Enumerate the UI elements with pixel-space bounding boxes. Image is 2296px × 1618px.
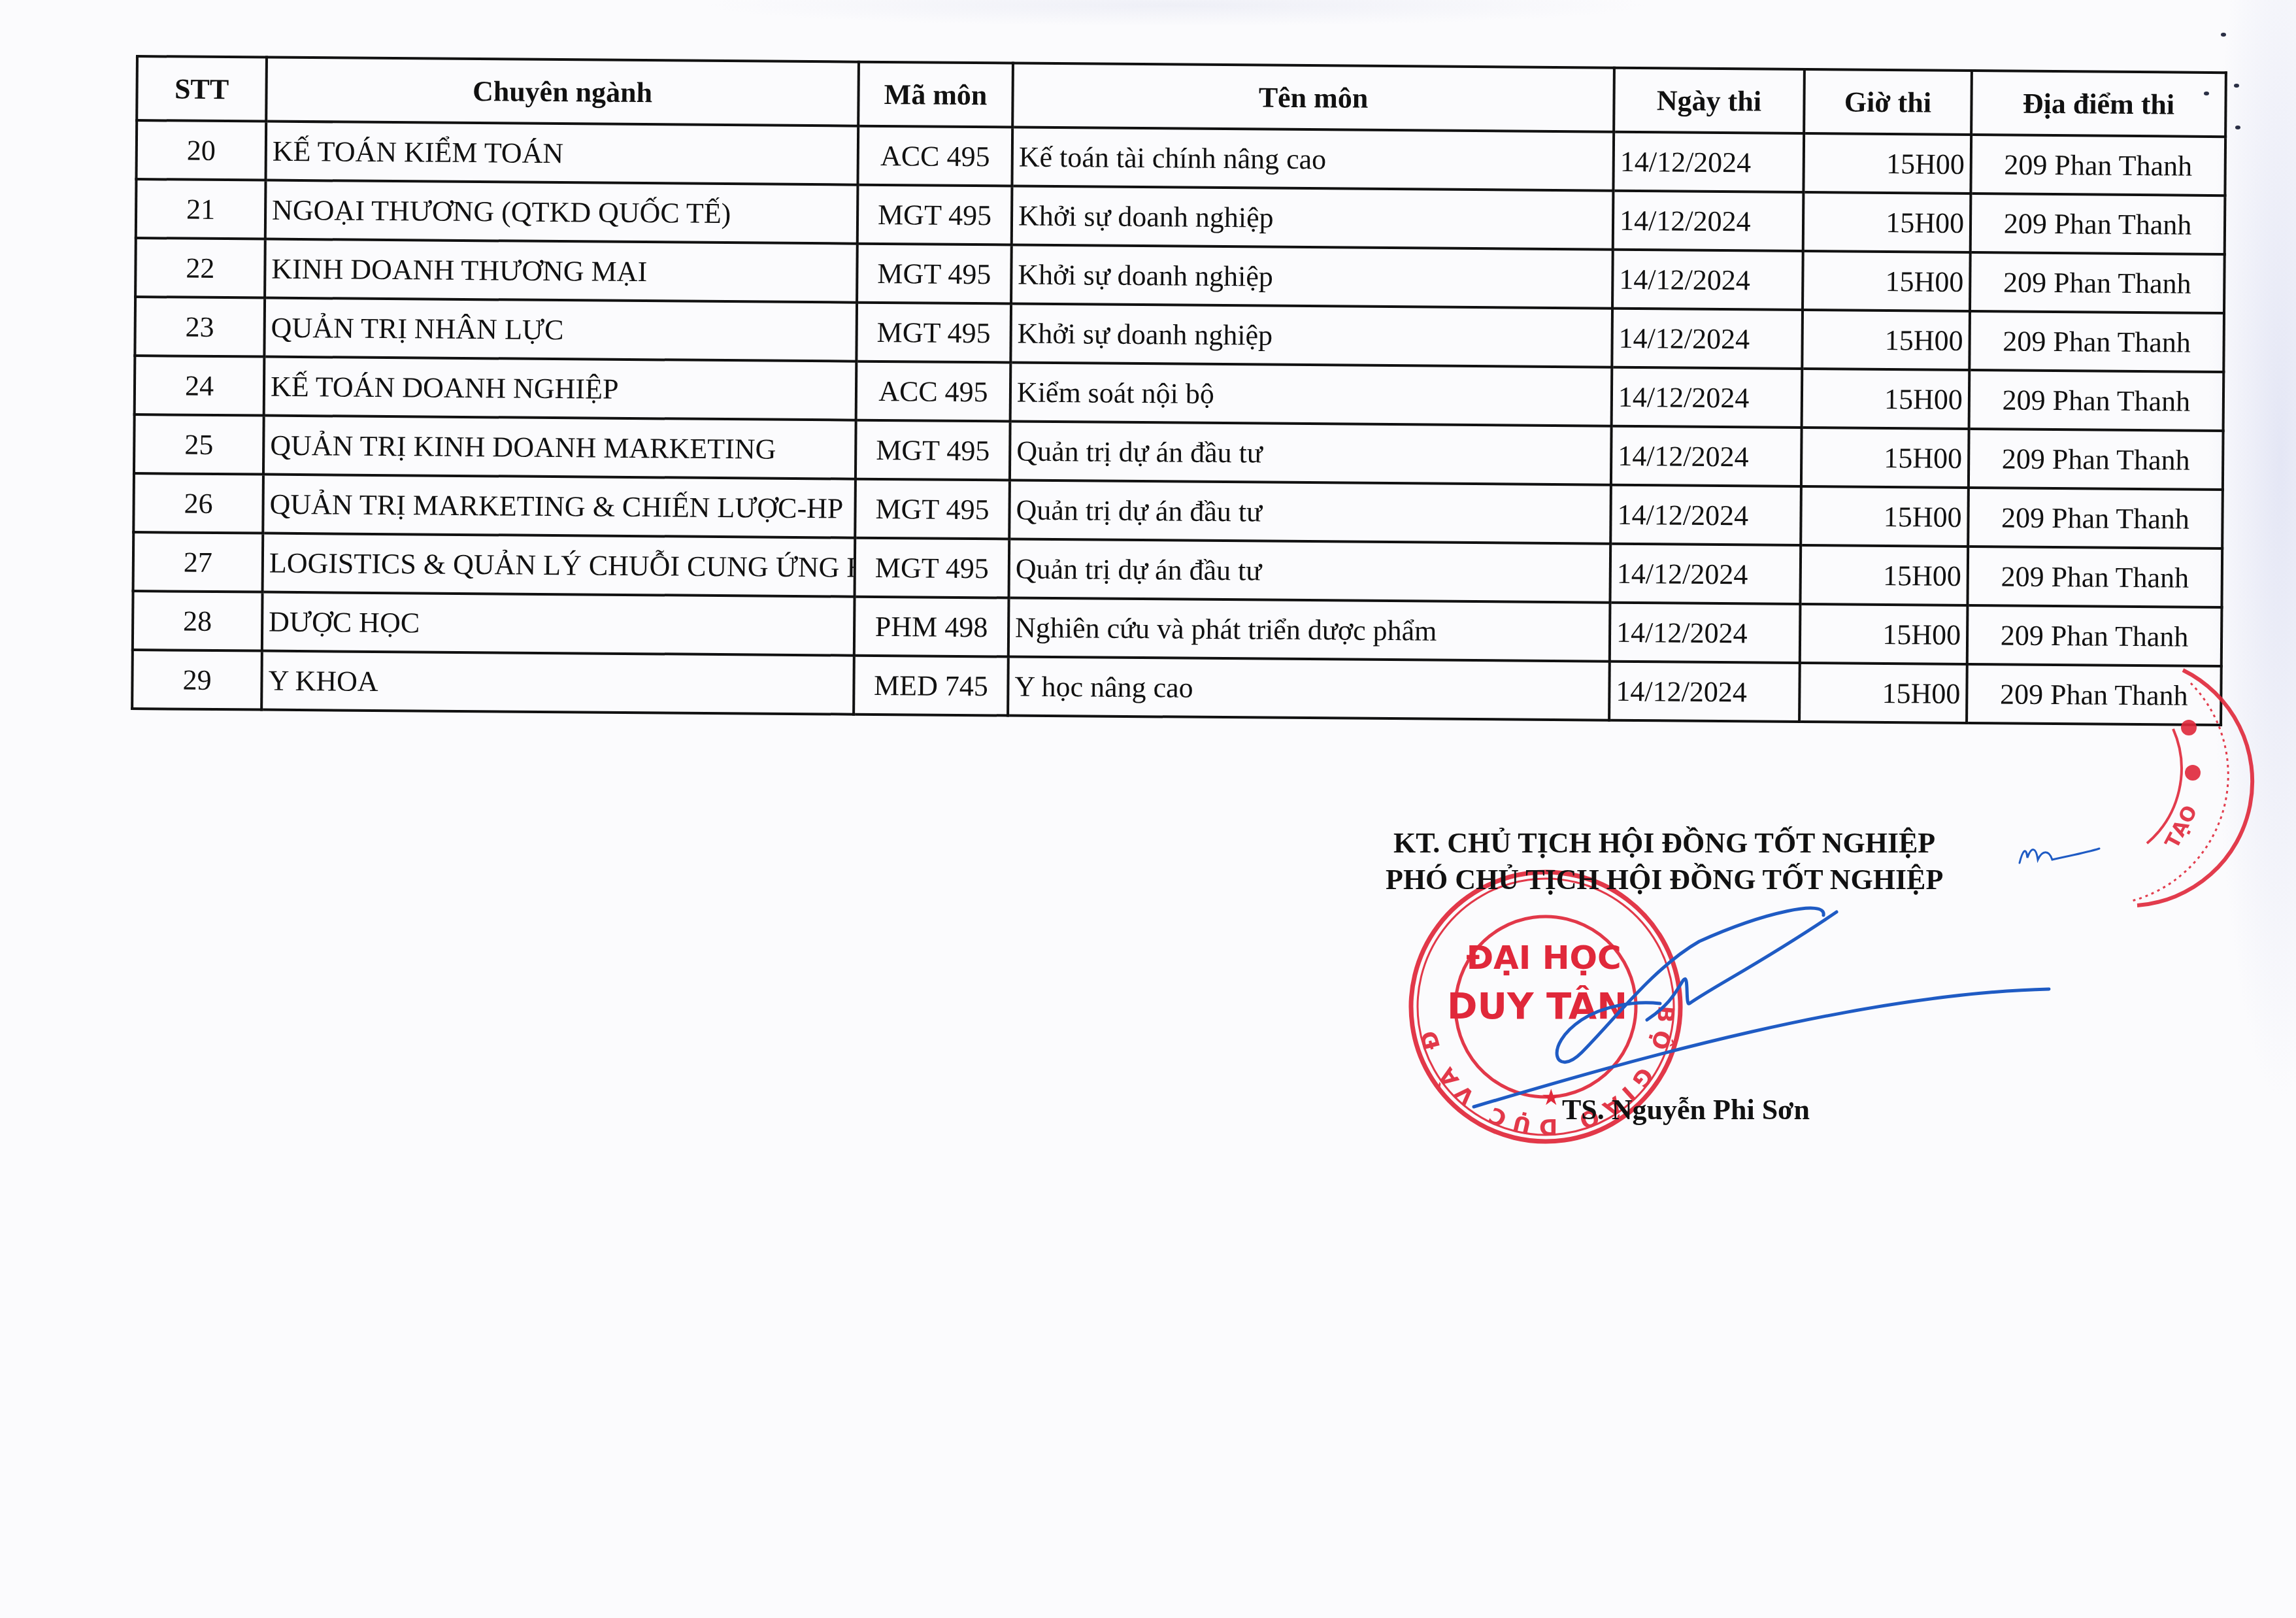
stamp-center-line2: DUY TÂN bbox=[1447, 985, 1627, 1028]
row-course-code: MGT 495 bbox=[856, 303, 1011, 363]
row-exam-time: 15H00 bbox=[1802, 310, 1970, 370]
row-course-name: Quản trị dự án đầu tư bbox=[1009, 480, 1611, 544]
row-stt: 24 bbox=[135, 356, 265, 416]
row-exam-location: 209 Phan Thanh bbox=[1967, 605, 2222, 666]
row-exam-date: 14/12/2024 bbox=[1613, 191, 1804, 251]
row-course-name: Y học nâng cao bbox=[1008, 657, 1610, 720]
row-major: Y KHOA bbox=[261, 651, 854, 715]
scan-speck bbox=[2234, 84, 2239, 88]
row-exam-location: 209 Phan Thanh bbox=[1969, 429, 2223, 490]
row-exam-location: 209 Phan Thanh bbox=[1967, 547, 2222, 607]
row-exam-date: 14/12/2024 bbox=[1610, 544, 1801, 604]
row-course-name: Nghiên cứu và phát triển dược phẩm bbox=[1008, 598, 1610, 662]
row-exam-date: 14/12/2024 bbox=[1610, 485, 1801, 545]
row-exam-time: 15H00 bbox=[1802, 369, 1970, 429]
row-major: KẾ TOÁN KIỂM TOÁN bbox=[266, 122, 859, 185]
row-exam-date: 14/12/2024 bbox=[1611, 426, 1802, 486]
row-exam-location: 209 Phan Thanh bbox=[1969, 311, 2224, 372]
row-course-code: ACC 495 bbox=[857, 126, 1012, 186]
row-exam-time: 15H00 bbox=[1803, 133, 1971, 194]
row-major: KẾ TOÁN DOANH NGHIỆP bbox=[264, 357, 857, 420]
header-course-code: Mã môn bbox=[858, 62, 1013, 127]
row-exam-time: 15H00 bbox=[1801, 428, 1969, 488]
row-stt: 21 bbox=[136, 179, 266, 239]
row-stt: 28 bbox=[133, 591, 263, 651]
row-major: DƯỢC HỌC bbox=[262, 592, 855, 656]
row-course-code: PHM 498 bbox=[854, 597, 1009, 657]
scan-speck bbox=[2221, 33, 2226, 37]
row-exam-location: 209 Phan Thanh bbox=[1971, 194, 2225, 254]
row-stt: 25 bbox=[134, 414, 264, 475]
row-exam-date: 14/12/2024 bbox=[1610, 603, 1801, 663]
partial-stamp-ring-text: TẠO bbox=[2161, 801, 2202, 852]
row-course-name: Kiểm soát nội bộ bbox=[1010, 363, 1612, 426]
row-major: NGOẠI THƯƠNG (QTKD QUỐC TẾ) bbox=[265, 180, 858, 244]
header-exam-location: Địa điểm thi bbox=[1971, 71, 2226, 137]
row-exam-location: 209 Phan Thanh bbox=[1967, 664, 2221, 725]
row-course-code: MGT 495 bbox=[857, 244, 1012, 304]
row-course-name: Khởi sự doanh nghiệp bbox=[1011, 245, 1613, 309]
header-exam-date: Ngày thi bbox=[1614, 68, 1805, 133]
scan-speck bbox=[2235, 126, 2240, 129]
row-stt: 22 bbox=[135, 238, 265, 298]
row-exam-time: 15H00 bbox=[1800, 604, 1968, 664]
row-exam-time: 15H00 bbox=[1801, 486, 1969, 547]
row-course-name: Quản trị dự án đầu tư bbox=[1010, 422, 1612, 485]
row-course-code: MGT 495 bbox=[855, 479, 1010, 539]
stamp-center-line1: ĐẠI HỌC bbox=[1466, 939, 1622, 977]
row-major: KINH DOANH THƯƠNG MẠI bbox=[265, 239, 857, 303]
row-major: QUẢN TRỊ MARKETING & CHIẾN LƯỢC-HP bbox=[263, 475, 856, 538]
row-course-code: MGT 495 bbox=[855, 538, 1010, 598]
row-exam-location: 209 Phan Thanh bbox=[1970, 252, 2225, 313]
row-stt: 27 bbox=[133, 532, 263, 592]
row-exam-date: 14/12/2024 bbox=[1609, 662, 1800, 722]
header-exam-time: Giờ thi bbox=[1804, 69, 1972, 135]
signature-title-block: KT. CHỦ TỊCH HỘI ĐỒNG TỐT NGHIỆP PHÓ CHỦ… bbox=[1386, 825, 1943, 898]
row-course-name: Kế toán tài chính nâng cao bbox=[1012, 127, 1614, 191]
signer-name: TS. Nguyễn Phi Sơn bbox=[1562, 1093, 1810, 1126]
row-course-code: MGT 495 bbox=[856, 420, 1010, 480]
row-exam-time: 15H00 bbox=[1803, 192, 1971, 252]
signature-title-line1: KT. CHỦ TỊCH HỘI ĐỒNG TỐT NGHIỆP bbox=[1386, 825, 1943, 862]
header-major: Chuyên ngành bbox=[266, 58, 859, 126]
exam-schedule-table: STT Chuyên ngành Mã môn Tên môn Ngày thi… bbox=[131, 55, 2227, 726]
row-course-code: MED 745 bbox=[854, 656, 1008, 716]
row-course-name: Khởi sự doanh nghiệp bbox=[1012, 186, 1614, 250]
row-exam-location: 209 Phan Thanh bbox=[1968, 488, 2223, 548]
signature-title-line2: PHÓ CHỦ TỊCH HỘI ĐỒNG TỐT NGHIỆP bbox=[1386, 862, 1943, 898]
row-exam-date: 14/12/2024 bbox=[1613, 132, 1804, 192]
row-exam-date: 14/12/2024 bbox=[1612, 309, 1803, 369]
row-exam-time: 15H00 bbox=[1803, 251, 1971, 311]
row-stt: 26 bbox=[133, 473, 263, 533]
row-major: QUẢN TRỊ KINH DOANH MARKETING bbox=[263, 416, 856, 479]
row-exam-location: 209 Phan Thanh bbox=[1969, 370, 2224, 431]
stamp-star-icon: ★ bbox=[1541, 1086, 1561, 1110]
row-exam-location: 209 Phan Thanh bbox=[1971, 135, 2225, 195]
header-stt: STT bbox=[137, 56, 267, 122]
row-course-code: MGT 495 bbox=[857, 185, 1012, 245]
row-major: LOGISTICS & QUẢN LÝ CHUỖI CUNG ỨNG HP bbox=[263, 533, 856, 597]
row-course-name: Quản trị dự án đầu tư bbox=[1009, 539, 1611, 603]
row-exam-date: 14/12/2024 bbox=[1612, 250, 1803, 310]
row-major: QUẢN TRỊ NHÂN LỰC bbox=[264, 298, 857, 362]
table-body: 20KẾ TOÁN KIỂM TOÁNACC 495Kế toán tài ch… bbox=[132, 120, 2225, 725]
row-exam-time: 15H00 bbox=[1800, 545, 1968, 605]
row-exam-date: 14/12/2024 bbox=[1612, 367, 1803, 428]
row-course-name: Khởi sự doanh nghiệp bbox=[1010, 304, 1612, 367]
row-stt: 23 bbox=[135, 297, 265, 357]
exam-schedule-table-container: STT Chuyên ngành Mã môn Tên môn Ngày thi… bbox=[131, 55, 2227, 726]
row-stt: 29 bbox=[132, 650, 262, 710]
row-stt: 20 bbox=[137, 120, 267, 180]
row-exam-time: 15H00 bbox=[1799, 663, 1967, 723]
header-course-name: Tên môn bbox=[1012, 63, 1614, 132]
row-course-code: ACC 495 bbox=[856, 362, 1011, 422]
